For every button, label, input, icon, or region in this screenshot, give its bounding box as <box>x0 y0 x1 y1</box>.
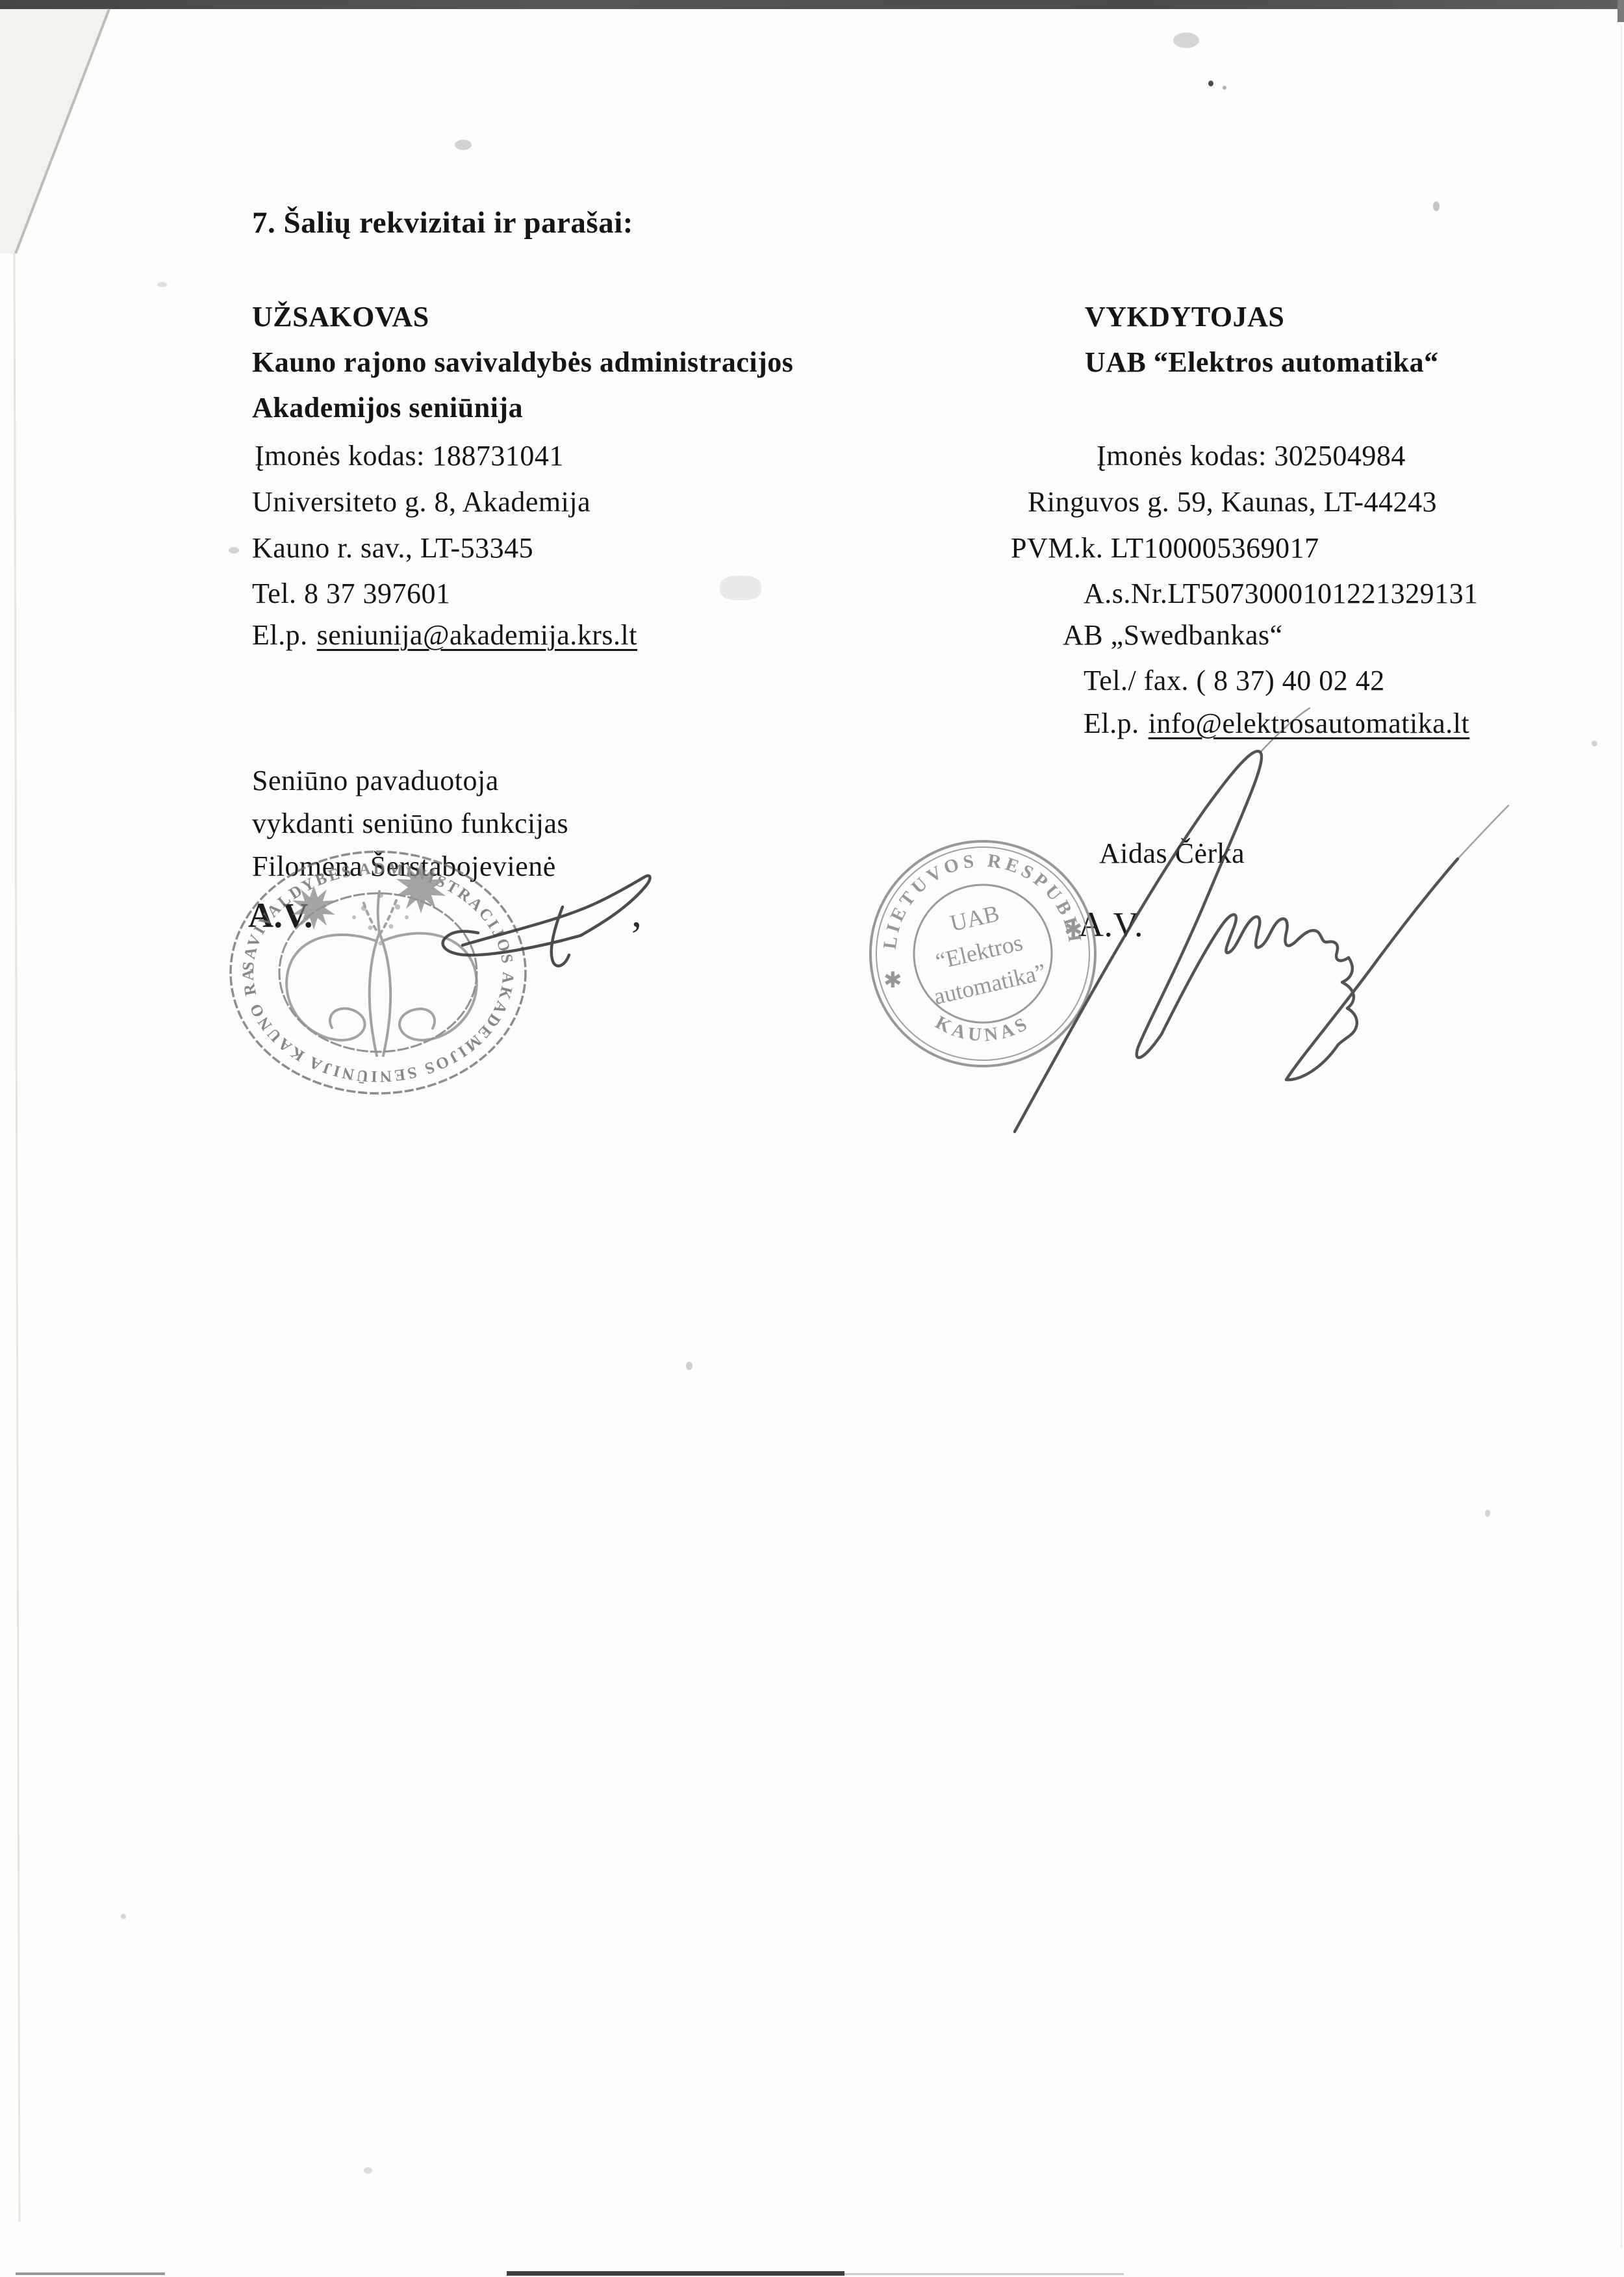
scanner-corner-nub <box>1618 0 1624 22</box>
customer-name-line1: Kauno rajono savivaldybės administracijo… <box>252 346 793 379</box>
scan-speckle <box>1208 81 1213 86</box>
section-title: 7. Šalių rekvizitai ir parašai: <box>252 205 633 240</box>
customer-signer-name: Filomena Šerstabojevienė <box>252 850 556 883</box>
customer-seal-mark: A.V. <box>248 895 313 935</box>
scan-speckle <box>686 1362 692 1370</box>
contractor-phone-fax: Tel./ fax. ( 8 37) 40 02 42 <box>1084 664 1385 697</box>
stamps-signatures-layer: SAVIVALDYBĖS ADMINISTRACIJOS AKADEMIJOS … <box>0 0 1624 2277</box>
customer-signature <box>443 876 650 966</box>
contractor-role-header: VYKDYTOJAS <box>1085 300 1284 333</box>
scanned-contract-page: { "document": { "section_title": "7. Šal… <box>0 0 1624 2277</box>
contractor-stamp-ring-bottom: KAUNAS <box>932 1012 1034 1046</box>
scan-speckle <box>1592 741 1597 746</box>
scan-speckle <box>157 282 167 287</box>
scan-smudge <box>720 576 761 600</box>
customer-signer-position-1: Seniūno pavaduotoja <box>252 764 499 797</box>
contractor-signer-name: Aidas Čėrka <box>1099 837 1245 870</box>
contractor-stamp-center-line2: “Elektros <box>933 929 1024 974</box>
contractor-bank-name: AB „Swedbankas“ <box>1063 618 1283 652</box>
customer-email-label: El.p. <box>252 619 308 651</box>
contractor-email: info@elektrosautomatika.lt <box>1148 707 1470 739</box>
contractor-stamp: LIETUVOS RESPUBLIKA KAUNAS ✱ ✱ UAB “Elek… <box>0 0 1095 1066</box>
contractor-bank-account: A.s.Nr.LT5073000101221329131 <box>1084 577 1478 610</box>
contractor-stamp-center-line3: automatika” <box>932 958 1048 1010</box>
contractor-stamp-separator-left: ✱ <box>883 969 902 993</box>
customer-email-line: El.p.seniunija@akademija.krs.lt <box>252 618 637 652</box>
scan-artifacts-layer <box>0 0 1624 2277</box>
bottom-edge-mark-1 <box>16 2272 165 2275</box>
page-fold-line <box>16 9 109 253</box>
scan-speckle <box>1485 1510 1490 1517</box>
customer-phone: Tel. 8 37 397601 <box>252 577 451 610</box>
contractor-email-line: El.p.info@elektrosautomatika.lt <box>1084 707 1469 740</box>
contractor-email-label: El.p. <box>1084 707 1139 739</box>
scan-speckle <box>121 1914 126 1919</box>
contractor-address: Ringuvos g. 59, Kaunas, LT-44243 <box>1028 485 1437 518</box>
contractor-stamp-center-line1: UAB <box>948 900 1002 936</box>
scan-speckle <box>1223 86 1226 90</box>
contractor-company-code: Įmonės kodas: 302504984 <box>1097 439 1406 472</box>
page-left-edge <box>14 253 19 2222</box>
customer-signer-position-2: vykdanti seniūno funkcijas <box>252 807 568 840</box>
scan-speckle <box>229 547 239 553</box>
customer-email: seniunija@akademija.krs.lt <box>317 619 637 651</box>
customer-signature-comma: , <box>631 889 642 937</box>
customer-address: Universiteto g. 8, Akademija <box>252 485 590 518</box>
contractor-vat-code: PVM.k. LT100005369017 <box>1011 531 1319 565</box>
svg-text:KAUNAS: KAUNAS <box>932 1012 1034 1046</box>
stamp-iris-emblem-icon <box>286 891 477 1056</box>
scan-speckle <box>1433 201 1440 211</box>
bottom-edge-mark-3 <box>844 2273 1124 2275</box>
scan-speckle <box>364 2167 372 2174</box>
scanner-top-band <box>0 0 1624 9</box>
contractor-name: UAB “Elektros automatika“ <box>1085 346 1439 379</box>
stamp-emblem-speckles <box>352 893 409 946</box>
bottom-edge-mark-2 <box>507 2271 844 2276</box>
customer-role-header: UŽSAKOVAS <box>252 300 429 333</box>
customer-name-line2: Akademijos seniūnija <box>252 391 523 424</box>
scan-speckle <box>1173 32 1199 48</box>
page-fold-shadow <box>0 9 109 253</box>
customer-municipality: Kauno r. sav., LT-53345 <box>252 531 533 565</box>
customer-company-code: Įmonės kodas: 188731041 <box>255 439 564 472</box>
scan-speckle <box>455 140 472 150</box>
contractor-seal-mark: A.V. <box>1078 904 1143 945</box>
